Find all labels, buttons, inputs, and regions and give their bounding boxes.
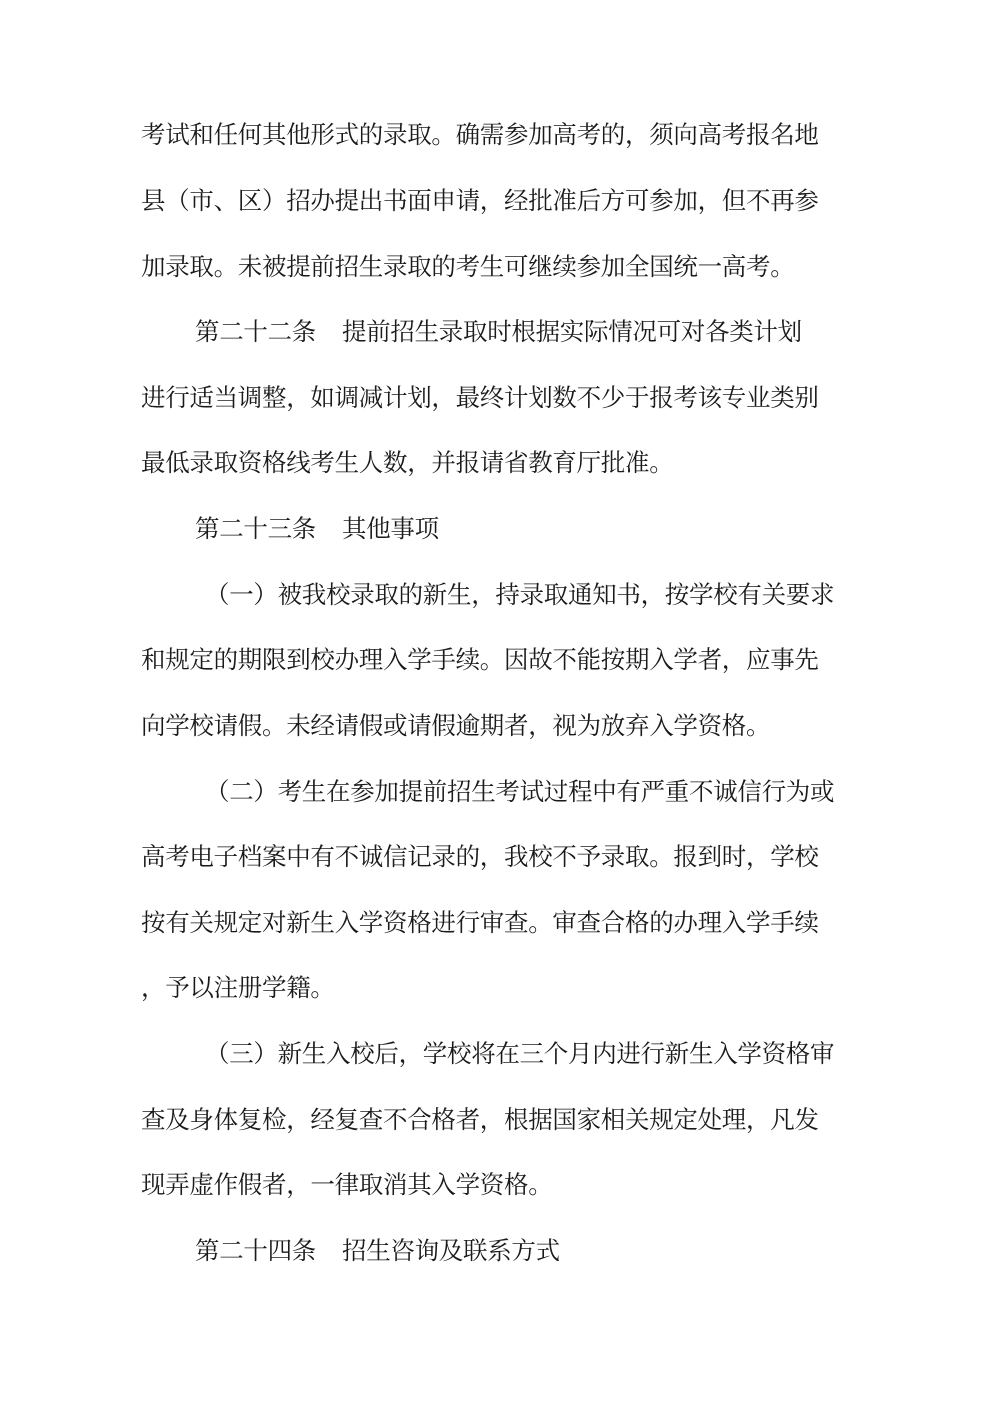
paragraph-line: 查及身体复检，经复查不合格者，根据国家相关规定处理，凡发 <box>141 1104 861 1136</box>
article-number: 第二十四条 <box>195 1236 316 1265</box>
article-number: 第二十二条 <box>195 317 316 346</box>
item-3-line: （三）新生入校后，学校将在三个月内进行新生入学资格审 <box>205 1038 925 1070</box>
paragraph-line: 加录取。未被提前招生录取的考生可继续参加全国统一高考。 <box>141 251 861 283</box>
article-number: 第二十三条 <box>195 514 316 543</box>
item-2-line: （二）考生在参加提前招生考试过程中有严重不诚信行为或 <box>205 776 925 808</box>
paragraph-line: 进行适当调整，如调减计划，最终计划数不少于报考该专业类别 <box>141 382 861 414</box>
article-24-heading-line: 第二十四条招生咨询及联系方式 <box>195 1235 915 1267</box>
article-text: 提前招生录取时根据实际情况可对各类计划 <box>342 317 802 346</box>
paragraph-line: 现弄虚作假者，一律取消其入学资格。 <box>141 1169 861 1201</box>
paragraph-line: 按有关规定对新生入学资格进行审查。审查合格的办理入学手续 <box>141 907 861 939</box>
paragraph-line: 最低录取资格线考生人数，并报请省教育厅批准。 <box>141 447 861 479</box>
paragraph-line: 高考电子档案中有不诚信记录的，我校不予录取。报到时，学校 <box>141 841 861 873</box>
paragraph-line: ，予以注册学籍。 <box>141 972 861 1004</box>
paragraph-line: 考试和任何其他形式的录取。确需参加高考的，须向高考报名地 <box>141 119 861 151</box>
paragraph-line: 县（市、区）招办提出书面申请，经批准后方可参加，但不再参 <box>141 185 861 217</box>
article-title: 其他事项 <box>342 514 439 543</box>
article-23-heading-line: 第二十三条其他事项 <box>195 513 915 545</box>
paragraph-line: 向学校请假。未经请假或请假逾期者，视为放弃入学资格。 <box>141 710 861 742</box>
document-page: 考试和任何其他形式的录取。确需参加高考的，须向高考报名地 县（市、区）招办提出书… <box>0 0 990 1409</box>
paragraph-line: 和规定的期限到校办理入学手续。因故不能按期入学者，应事先 <box>141 644 861 676</box>
item-1-line: （一）被我校录取的新生，持录取通知书，按学校有关要求 <box>205 579 925 611</box>
article-title: 招生咨询及联系方式 <box>342 1236 560 1265</box>
article-22-heading-line: 第二十二条提前招生录取时根据实际情况可对各类计划 <box>195 316 915 348</box>
